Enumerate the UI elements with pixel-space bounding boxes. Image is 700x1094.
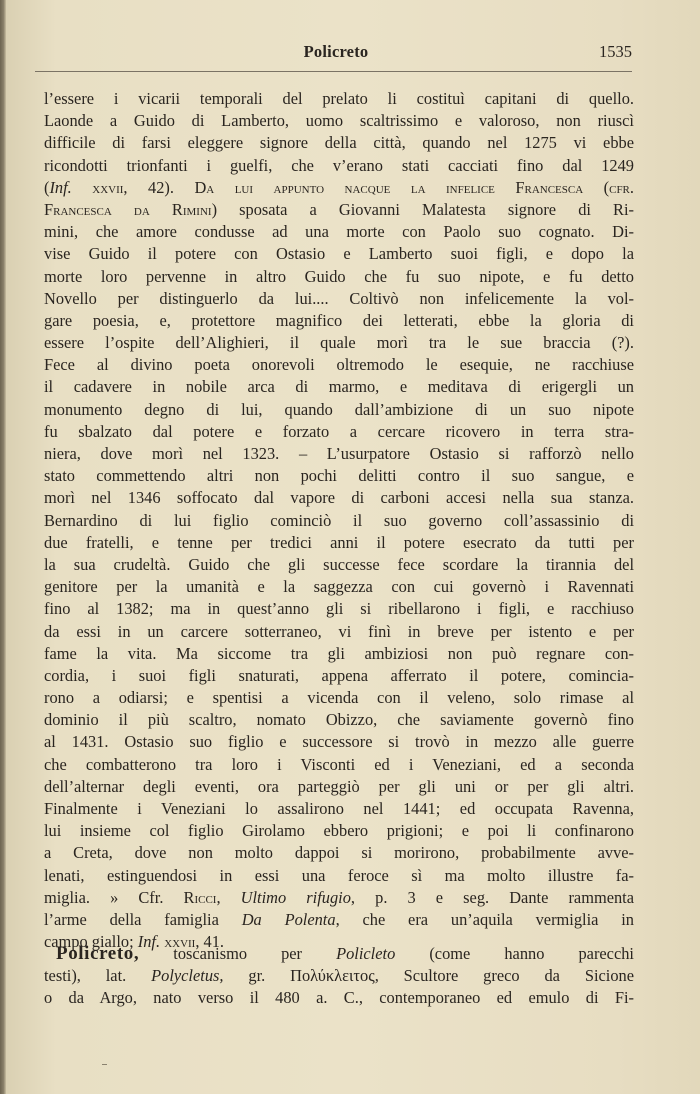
text-line: lenati, estinguendosi in essi una feroce… xyxy=(44,865,634,887)
work-title: Ultimo rifugio xyxy=(241,888,351,907)
text-line: che combatterono tra loro i Visconti ed … xyxy=(44,754,634,776)
text-line: morì nel 1346 soffocato dal vapore di ca… xyxy=(44,487,634,509)
text-line: mini, che amore condusse ad una morte co… xyxy=(44,221,634,243)
text-line: lui insieme col figlio Girolamo ebbero p… xyxy=(44,820,634,842)
text-line: Novello per distinguerlo da lui.... Colt… xyxy=(44,288,634,310)
text-line: rono a odiarsi; e spentisi a vicenda con… xyxy=(44,687,634,709)
text-line: ricondotti trionfanti i guelfi, che v’er… xyxy=(44,155,634,177)
entry-line: testi), lat. Polycletus, gr. Πολύκλειτος… xyxy=(44,965,634,987)
author-ricci: Ricci xyxy=(184,888,217,907)
text-line: difficile di farsi eleggere signore dell… xyxy=(44,132,634,154)
dictionary-entry-policreto: Policreto, toscanismo per Policleto (com… xyxy=(44,943,634,1010)
running-head: Policreto 1535 xyxy=(40,42,632,66)
text-line: dominio il più scaltro, nomato Obizzo, c… xyxy=(44,709,634,731)
text-line: fino al 1382; ma in quest’anno gli si ri… xyxy=(44,598,634,620)
text-line: miglia. » Cfr. Ricci, Ultimo rifugio, p.… xyxy=(44,887,634,909)
text-line: essere l’ospite dell’Alighieri, il quale… xyxy=(44,332,634,354)
text-line: al 1431. Ostasio suo figlio e successore… xyxy=(44,731,634,753)
text-line: niera, dove morì nel 1323. – L’usurpator… xyxy=(44,443,634,465)
running-head-title: Policreto xyxy=(40,42,632,62)
text-line: la sua crudeltà. Guido che gli successe … xyxy=(44,554,634,576)
text-line: Bernardino di lui figlio cominciò il suo… xyxy=(44,510,634,532)
text-line: monumento degno di lui, quando dall’ambi… xyxy=(44,399,634,421)
book-page: Policreto 1535 l’essere i vicarii tempor… xyxy=(0,0,700,1094)
page-speck xyxy=(102,1064,107,1065)
text-line: il cadavere in nobile arca di marmo, e m… xyxy=(44,376,634,398)
text-line: da essi in un carcere sotterraneo, vi fi… xyxy=(44,621,634,643)
body-paragraph: l’essere i vicarii temporali del prelato… xyxy=(44,88,634,953)
text-line: stato commettendo altri non pochi delitt… xyxy=(44,465,634,487)
text-line: Francesca da Rimini) sposata a Giovanni … xyxy=(44,199,634,221)
text-line: due fratelli, e tenne per tredici anni i… xyxy=(44,532,634,554)
page-number: 1535 xyxy=(599,42,632,62)
family-name: Da Polenta xyxy=(242,910,336,929)
entry-line: Policreto, toscanismo per Policleto (com… xyxy=(44,943,634,965)
header-rule xyxy=(35,71,632,72)
text-line: gare poesia, e, protettore magnifico dei… xyxy=(44,310,634,332)
text-line: vise Guido il potere con Ostasio e Lambe… xyxy=(44,243,634,265)
citation-inf: Inf. xyxy=(49,178,71,197)
cross-reference: Francesca da Rimini xyxy=(44,200,212,219)
entry-headword: Policreto, xyxy=(56,943,139,964)
text-line: (Inf. xxvii, 42). Da lui appunto nacque … xyxy=(44,177,634,199)
text-line: fame la vita. Ma siccome tra gli ambizio… xyxy=(44,643,634,665)
text-line: cordia, i suoi figli snaturati, appena a… xyxy=(44,665,634,687)
text-line: morte loro pervenne in altro Guido che f… xyxy=(44,266,634,288)
page-binding-edge xyxy=(0,0,6,1094)
entry-line: o da Argo, nato verso il 480 a. C., cont… xyxy=(44,987,634,1009)
text-line: Laonde a Guido di Lamberto, uomo scaltri… xyxy=(44,110,634,132)
text-line: fu sbalzato dal potere e forzato a cerca… xyxy=(44,421,634,443)
text-line: l’arme della famiglia Da Polenta, che er… xyxy=(44,909,634,931)
text-line: Fece al divino poeta onorevoli oltremodo… xyxy=(44,354,634,376)
text-line: Finalmente i Veneziani lo assalirono nel… xyxy=(44,798,634,820)
text-line: a Creta, dove non molto dappoi si moriro… xyxy=(44,842,634,864)
text-line: l’essere i vicarii temporali del prelato… xyxy=(44,88,634,110)
text-line: genitore per la umanità e la saggezza co… xyxy=(44,576,634,598)
text-line: dell’alternar degli eventi, ora parteggi… xyxy=(44,776,634,798)
